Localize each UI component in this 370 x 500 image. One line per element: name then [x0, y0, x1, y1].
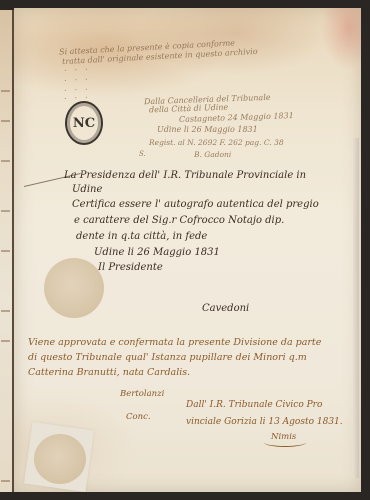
certification-line: La Presidenza dell' I.R. Tribunale Provi…: [64, 171, 306, 181]
approval-line: Catterina Branutti, nata Cardalis.: [28, 368, 190, 378]
header-signature-line: Castagneto 24 Maggio 1831: [179, 112, 294, 124]
approval-left-signature: Conc.: [126, 413, 151, 422]
certification-place-date: Udine li 26 Maggio 1831: [94, 248, 220, 258]
ink-stamp: NC: [65, 101, 103, 145]
approval-line: di questo Tribunale qual' Istanza pupill…: [28, 353, 307, 363]
page-right-edge: [353, 138, 359, 478]
registry-signature: B. Gadoni: [194, 151, 231, 159]
certification-line: Certifica essere l' autografo autentica …: [72, 200, 319, 210]
approval-issuer-line: vinciale Gorizia li 13 Agosto 1831.: [186, 418, 343, 427]
certification-line: dente in q.ta città, in fede: [76, 232, 207, 242]
stamp-monogram: NC: [73, 116, 95, 131]
signature-flourish: [264, 438, 306, 447]
registry-place-date: Udine li 26 Maggio 1831: [157, 126, 258, 134]
certification-line: e carattere del Sig.r Cofrocco Notajo di…: [74, 216, 284, 226]
registry-initial: S.: [139, 151, 146, 158]
certification-title: Il Presidente: [98, 263, 163, 273]
wax-seal-lower: [34, 434, 86, 484]
registry-registration: Regist. al N. 2692 F. 262 pag. C. 38: [149, 139, 284, 147]
approval-issuer-line: Dall' I.R. Tribunale Civico Pro: [186, 401, 322, 410]
certification-signature: Cavedoni: [202, 304, 249, 314]
approval-left-signature: Bertolanzi: [120, 390, 164, 399]
wax-seal: [44, 258, 104, 318]
header-line: ...: [64, 91, 96, 101]
approval-line: Viene approvata e confermata la presente…: [28, 338, 321, 348]
certification-line: Udine: [72, 185, 102, 195]
manuscript-page: Si attesta che la presente è copia confo…: [14, 8, 361, 492]
